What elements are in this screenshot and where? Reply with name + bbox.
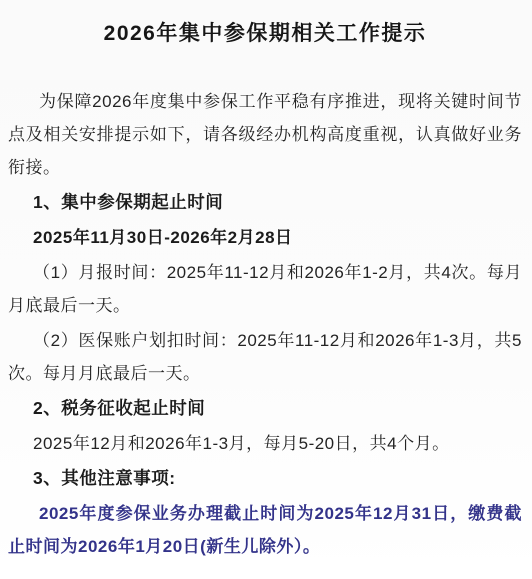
section-2-heading: 2、税务征收起止时间 (8, 392, 522, 425)
section-3-heading: 3、其他注意事项: (8, 462, 522, 495)
notice-document: 2026年集中参保期相关工作提示 为保障2026年度集中参保工作平稳有序推进，现… (0, 0, 532, 579)
monthly-report-time-paragraph: （1）月报时间：2025年11-12月和2026年1-2月，共4次。每月月底最后… (8, 256, 522, 322)
account-deduction-time-paragraph: （2）医保账户划扣时间：2025年11-12月和2026年1-3月，共5次。每月… (8, 324, 522, 390)
deadline-notice-paragraph: 2025年度参保业务办理截止时间为2025年12月31日，缴费截止时间为2026… (8, 497, 522, 563)
page-title: 2026年集中参保期相关工作提示 (8, 20, 522, 48)
intro-paragraph: 为保障2026年度集中参保工作平稳有序推进，现将关键时间节点及相关安排提示如下，… (8, 85, 522, 184)
section-1-heading: 1、集中参保期起止时间 (8, 186, 522, 219)
tax-collection-period-paragraph: 2025年12月和2026年1-3月，每月5-20日，共4个月。 (8, 427, 522, 460)
enrollment-period-dates: 2025年11月30日-2026年2月28日 (8, 221, 522, 254)
